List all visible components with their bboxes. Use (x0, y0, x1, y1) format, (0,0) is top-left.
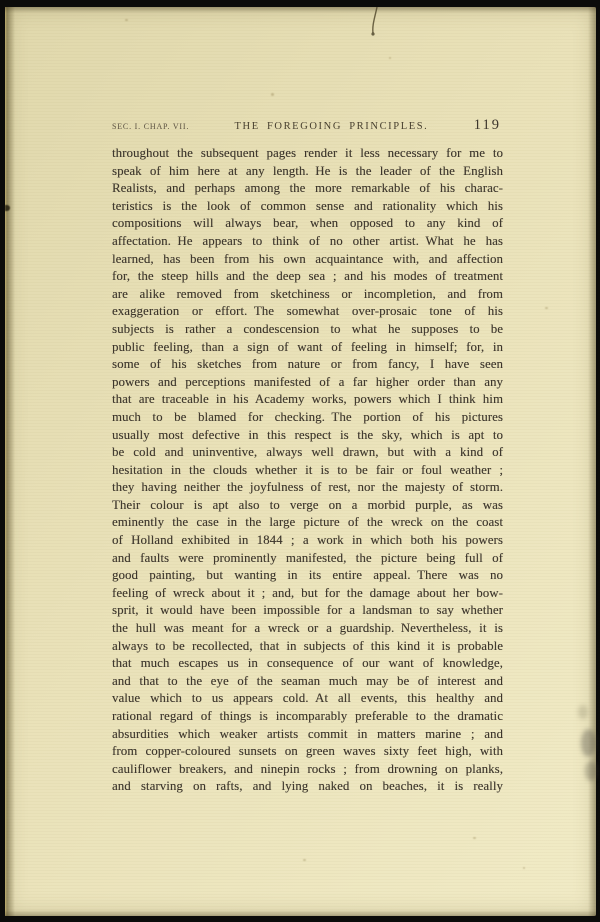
text-line: are alike removed from sketchiness or in… (112, 286, 503, 304)
text-line: compositions will always bear, when oppo… (112, 215, 503, 233)
text-line: public feeling, than a sign of want of f… (112, 339, 503, 357)
text-line: some of his sketches from nature or from… (112, 356, 503, 374)
page-right-edge-shadow (588, 7, 596, 916)
text-line: absurdities which weaker artists commit … (112, 726, 503, 744)
foxing-speck (271, 93, 274, 96)
text-line: exaggeration or effort. The somewhat ove… (112, 303, 503, 321)
text-line: learned, has been from his own acquainta… (112, 251, 503, 269)
text-line: that are traceable in his Academy works,… (112, 391, 503, 409)
binding-notch-mark (5, 205, 10, 211)
text-line: hesitation in the clouds whether it is t… (112, 462, 503, 480)
text-line: affectation. He appears to think of no o… (112, 233, 503, 251)
text-line: for, the steep hills and the deep sea ; … (112, 268, 503, 286)
text-line: the hull was meant for a wreck or a guar… (112, 620, 503, 638)
text-line: subjects is rather a condescension to wh… (112, 321, 503, 339)
text-line: sprit, it would have been impossible for… (112, 602, 503, 620)
body-text: throughout the subsequent pages render i… (112, 145, 503, 796)
text-line: teristics is the look of common sense an… (112, 198, 503, 216)
text-line: powers and perceptions manifested of a f… (112, 374, 503, 392)
text-line: usually most defective in this respect i… (112, 427, 503, 445)
text-line: much to be blamed for checking. The port… (112, 409, 503, 427)
edge-smudge (581, 729, 596, 757)
text-line: speak of him here at any length. He is t… (112, 163, 503, 181)
edge-smudge (578, 705, 588, 719)
foxing-speck (523, 867, 525, 869)
text-line: that much escapes us in consequence of o… (112, 655, 503, 673)
fiber-mark (365, 7, 387, 41)
section-chapter-label: SEC. I. CHAP. VII. (112, 122, 189, 131)
edge-smudge (585, 761, 597, 781)
book-page: SEC. I. CHAP. VII. THE FOREGOING PRINCIP… (5, 7, 596, 916)
foxing-speck (473, 837, 476, 839)
text-line: throughout the subsequent pages render i… (112, 145, 503, 163)
text-line: Realists, and perhaps among the more rem… (112, 180, 503, 198)
text-line: cauliflower breakers, and ninepin rocks … (112, 761, 503, 779)
scanned-book-page: SEC. I. CHAP. VII. THE FOREGOING PRINCIP… (0, 0, 600, 922)
text-line: from copper-coloured sunsets on green wa… (112, 743, 503, 761)
text-line: and starving on rafts, and lying naked o… (112, 778, 503, 796)
text-line: feeling of wreck about it ; and, but for… (112, 585, 503, 603)
foxing-speck (389, 57, 391, 59)
page-top-edge-shadow (5, 7, 596, 13)
text-line: be cold and uninventive, always well dra… (112, 444, 503, 462)
text-line: and that to the eye of the seaman much m… (112, 673, 503, 691)
text-line: Their colour is apt also to verge on a m… (112, 497, 503, 515)
text-line: they having neither the joyfulness of re… (112, 479, 503, 497)
foxing-speck (125, 19, 128, 21)
text-line: and faults were prominently manifested, … (112, 550, 503, 568)
text-line: value which to us appears cold. At all e… (112, 690, 503, 708)
text-line: always to be recollected, that in subjec… (112, 638, 503, 656)
text-line: of Holland exhibited in 1844 ; a work in… (112, 532, 503, 550)
running-title: THE FOREGOING PRINCIPLES. (189, 121, 474, 132)
page-bottom-edge-shadow (5, 910, 596, 916)
page-left-edge-shadow (5, 7, 15, 916)
foxing-speck (545, 307, 548, 309)
text-line: eminently the case in the large picture … (112, 514, 503, 532)
page-number: 119 (474, 117, 503, 134)
text-line: good painting, but wanting in its entire… (112, 567, 503, 585)
page-header: SEC. I. CHAP. VII. THE FOREGOING PRINCIP… (112, 117, 503, 134)
text-line: rational regard of things is incomparabl… (112, 708, 503, 726)
foxing-speck (303, 859, 306, 861)
